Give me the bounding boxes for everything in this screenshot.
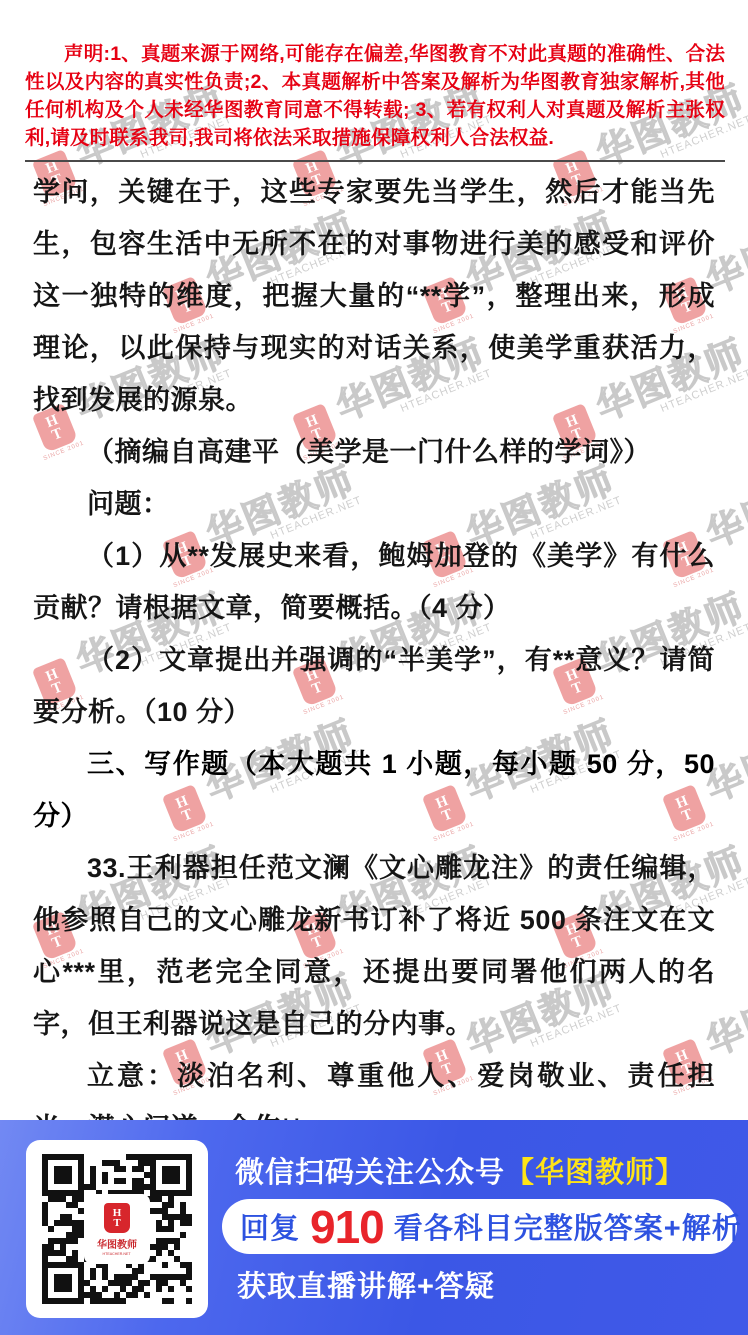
- banner-line1: 微信扫码关注公众号【华图教师】: [235, 1150, 685, 1191]
- qr-center-logo: H T 华图教师 HTEACHER.NET: [86, 1196, 148, 1262]
- paragraph: （2）文章提出并强调的“半美学”，有**意义？请简要分析。（10 分）: [33, 634, 715, 738]
- document-content: 声明:1、真题来源于网络,可能存在偏差,华图教育不对此真题的准确性、合法性以及内…: [0, 0, 748, 1154]
- separator-line: [25, 160, 725, 162]
- promo-banner[interactable]: H T 华图教师 HTEACHER.NET 微信扫码关注公众号【华图教师】 回复…: [0, 1120, 748, 1335]
- qr-code-card: H T 华图教师 HTEACHER.NET: [26, 1140, 208, 1318]
- paragraph: 问题：: [33, 478, 715, 530]
- disclaimer-text: 1、真题来源于网络,可能存在偏差,华图教育不对此真题的准确性、合法性以及内容的真…: [25, 43, 725, 149]
- logo-letter-bottom: T: [113, 1218, 120, 1228]
- paragraph: （1）从**发展史来看，鲍姆加登的《美学》有什么贡献？请根据文章，简要概括。（4…: [33, 530, 715, 634]
- banner-reply-pill: 回复 910 看各科目完整版答案+解析: [222, 1199, 737, 1254]
- body-paragraphs: 学问，关键在于，这些专家要先当学生，然后才能当先生，包容生活中无所不在的对事物进…: [33, 166, 715, 1154]
- qr-logo-brand: 华图教师: [97, 1236, 137, 1251]
- huatu-logo-icon: H T: [104, 1203, 130, 1233]
- disclaimer-label: 声明:: [64, 43, 110, 65]
- paragraph: 学问，关键在于，这些专家要先当学生，然后才能当先生，包容生活中无所不在的对事物进…: [33, 166, 715, 426]
- paragraph: 三、写作题（本大题共 1 小题，每小题 50 分，50 分）: [33, 738, 715, 842]
- banner-line1-highlight: 【华图教师】: [505, 1157, 685, 1189]
- banner-line3: 获取直播讲解+答疑: [237, 1264, 495, 1305]
- pill-code: 910: [310, 1200, 384, 1254]
- pill-suffix: 看各科目完整版答案+解析: [394, 1206, 742, 1247]
- qr-logo-domain: HTEACHER.NET: [103, 1251, 131, 1256]
- disclaimer: 声明:1、真题来源于网络,可能存在偏差,华图教育不对此真题的准确性、合法性以及内…: [25, 40, 725, 152]
- banner-line1-prefix: 微信扫码关注公众号: [235, 1157, 505, 1189]
- paragraph: 33.王利器担任范文澜《文心雕龙注》的责任编辑，他参照自己的文心雕龙新书订补了将…: [33, 842, 715, 1050]
- pill-prefix: 回复: [240, 1206, 300, 1247]
- document-page: HTSINCE 2001华图教师HTEACHER.NETHTSINCE 2001…: [0, 0, 748, 1335]
- paragraph: （摘编自高建平（美学是一门什么样的学词》）: [33, 426, 715, 478]
- logo-letter-top: H: [113, 1208, 122, 1218]
